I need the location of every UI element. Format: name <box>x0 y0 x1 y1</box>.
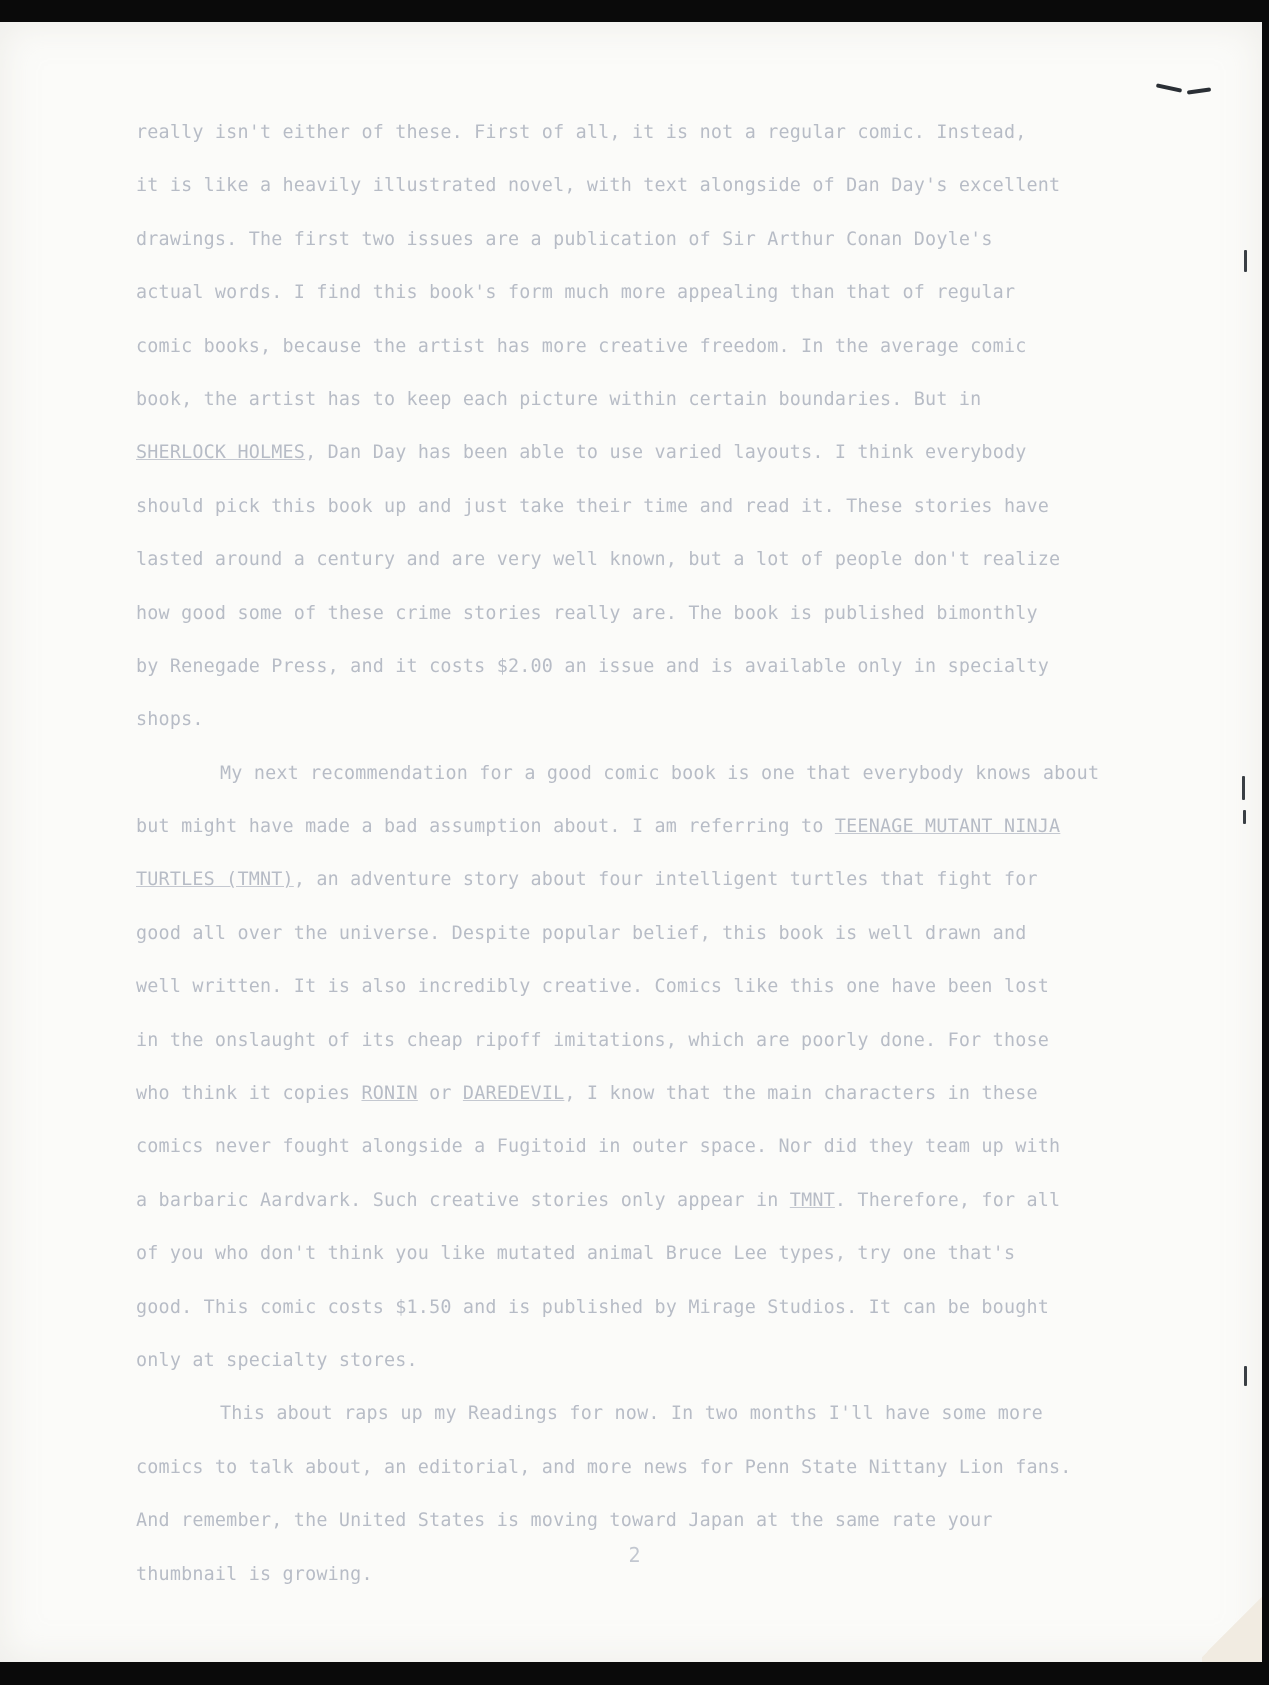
edge-mark <box>1242 776 1245 800</box>
edge-mark <box>1244 1366 1247 1386</box>
text-line: by Renegade Press, and it costs $2.00 an… <box>136 640 1176 693</box>
underlined-title: TMNT <box>790 1190 835 1211</box>
line-text: good all over the universe. Despite popu… <box>136 923 1027 944</box>
text-line: TURTLES (TMNT), an adventure story about… <box>136 853 1176 906</box>
line-text: shops. <box>136 709 204 730</box>
text-line: good all over the universe. Despite popu… <box>136 907 1176 960</box>
text-line: drawings. The first two issues are a pub… <box>136 213 1176 266</box>
text-line: My next recommendation for a good comic … <box>136 747 1176 800</box>
edge-mark <box>1243 810 1246 824</box>
line-text: how good some of these crime stories rea… <box>136 603 1038 624</box>
page-number: 2 <box>0 1543 1269 1567</box>
text-line: well written. It is also incredibly crea… <box>136 960 1176 1013</box>
line-text: who think it copies <box>136 1083 361 1104</box>
text-line: This about raps up my Readings for now. … <box>136 1387 1176 1440</box>
line-text: well written. It is also incredibly crea… <box>136 976 1049 997</box>
line-text: , Dan Day has been able to use varied la… <box>305 442 1026 463</box>
text-line: who think it copies RONIN or DAREDEVIL, … <box>136 1067 1176 1120</box>
underlined-title: SHERLOCK HOLMES <box>136 442 305 463</box>
line-text: comics to talk about, an editorial, and … <box>136 1457 1072 1478</box>
text-line: only at specialty stores. <box>136 1334 1176 1387</box>
line-text: book, the artist has to keep each pictur… <box>136 389 981 410</box>
line-text: a barbaric Aardvark. Such creative stori… <box>136 1190 790 1211</box>
text-line: And remember, the United States is movin… <box>136 1494 1176 1547</box>
text-line: should pick this book up and just take t… <box>136 480 1176 533</box>
line-text: comic books, because the artist has more… <box>136 336 1027 357</box>
line-text: And remember, the United States is movin… <box>136 1510 993 1531</box>
line-text: . Therefore, for all <box>835 1190 1060 1211</box>
text-line: how good some of these crime stories rea… <box>136 587 1176 640</box>
underlined-title: TEENAGE MUTANT NINJA <box>835 816 1060 837</box>
line-text: lasted around a century and are very wel… <box>136 549 1060 570</box>
text-line: in the onslaught of its cheap ripoff imi… <box>136 1014 1176 1067</box>
text-line: shops. <box>136 693 1176 746</box>
line-text: comics never fought alongside a Fugitoid… <box>136 1136 1060 1157</box>
edge-mark <box>1244 250 1247 272</box>
text-line: a barbaric Aardvark. Such creative stori… <box>136 1174 1176 1227</box>
line-text: My next recommendation for a good comic … <box>220 763 1099 784</box>
text-line: book, the artist has to keep each pictur… <box>136 373 1176 426</box>
folded-corner <box>1202 1592 1262 1662</box>
text-line: of you who don't think you like mutated … <box>136 1227 1176 1280</box>
line-text: in the onslaught of its cheap ripoff imi… <box>136 1030 1049 1051</box>
text-line: comic books, because the artist has more… <box>136 320 1176 373</box>
underlined-title: RONIN <box>361 1083 417 1104</box>
text-line: SHERLOCK HOLMES, Dan Day has been able t… <box>136 426 1176 479</box>
text-line: comics to talk about, an editorial, and … <box>136 1441 1176 1494</box>
underlined-title: DAREDEVIL <box>463 1083 564 1104</box>
line-text: by Renegade Press, and it costs $2.00 an… <box>136 656 1049 677</box>
line-text: but might have made a bad assumption abo… <box>136 816 835 837</box>
line-text: only at specialty stores. <box>136 1350 418 1371</box>
text-line: it is like a heavily illustrated novel, … <box>136 159 1176 212</box>
line-text: good. This comic costs $1.50 and is publ… <box>136 1297 1049 1318</box>
text-line: comics never fought alongside a Fugitoid… <box>136 1120 1176 1173</box>
line-text: actual words. I find this book's form mu… <box>136 282 1015 303</box>
text-line: but might have made a bad assumption abo… <box>136 800 1176 853</box>
line-text: , I know that the main characters in the… <box>564 1083 1037 1104</box>
line-text: or <box>418 1083 463 1104</box>
line-text: drawings. The first two issues are a pub… <box>136 229 993 250</box>
text-line: really isn't either of these. First of a… <box>136 106 1176 159</box>
line-text: , an adventure story about four intellig… <box>294 869 1038 890</box>
line-text: really isn't either of these. First of a… <box>136 122 1027 143</box>
underlined-title: TURTLES (TMNT) <box>136 869 294 890</box>
text-line: good. This comic costs $1.50 and is publ… <box>136 1281 1176 1334</box>
line-text: This about raps up my Readings for now. … <box>220 1403 1043 1424</box>
line-text: should pick this book up and just take t… <box>136 496 1049 517</box>
text-line: lasted around a century and are very wel… <box>136 533 1176 586</box>
line-text: of you who don't think you like mutated … <box>136 1243 1015 1264</box>
line-text: it is like a heavily illustrated novel, … <box>136 175 1060 196</box>
text-line: actual words. I find this book's form mu… <box>136 266 1176 319</box>
typewritten-body: really isn't either of these. First of a… <box>136 106 1176 1601</box>
